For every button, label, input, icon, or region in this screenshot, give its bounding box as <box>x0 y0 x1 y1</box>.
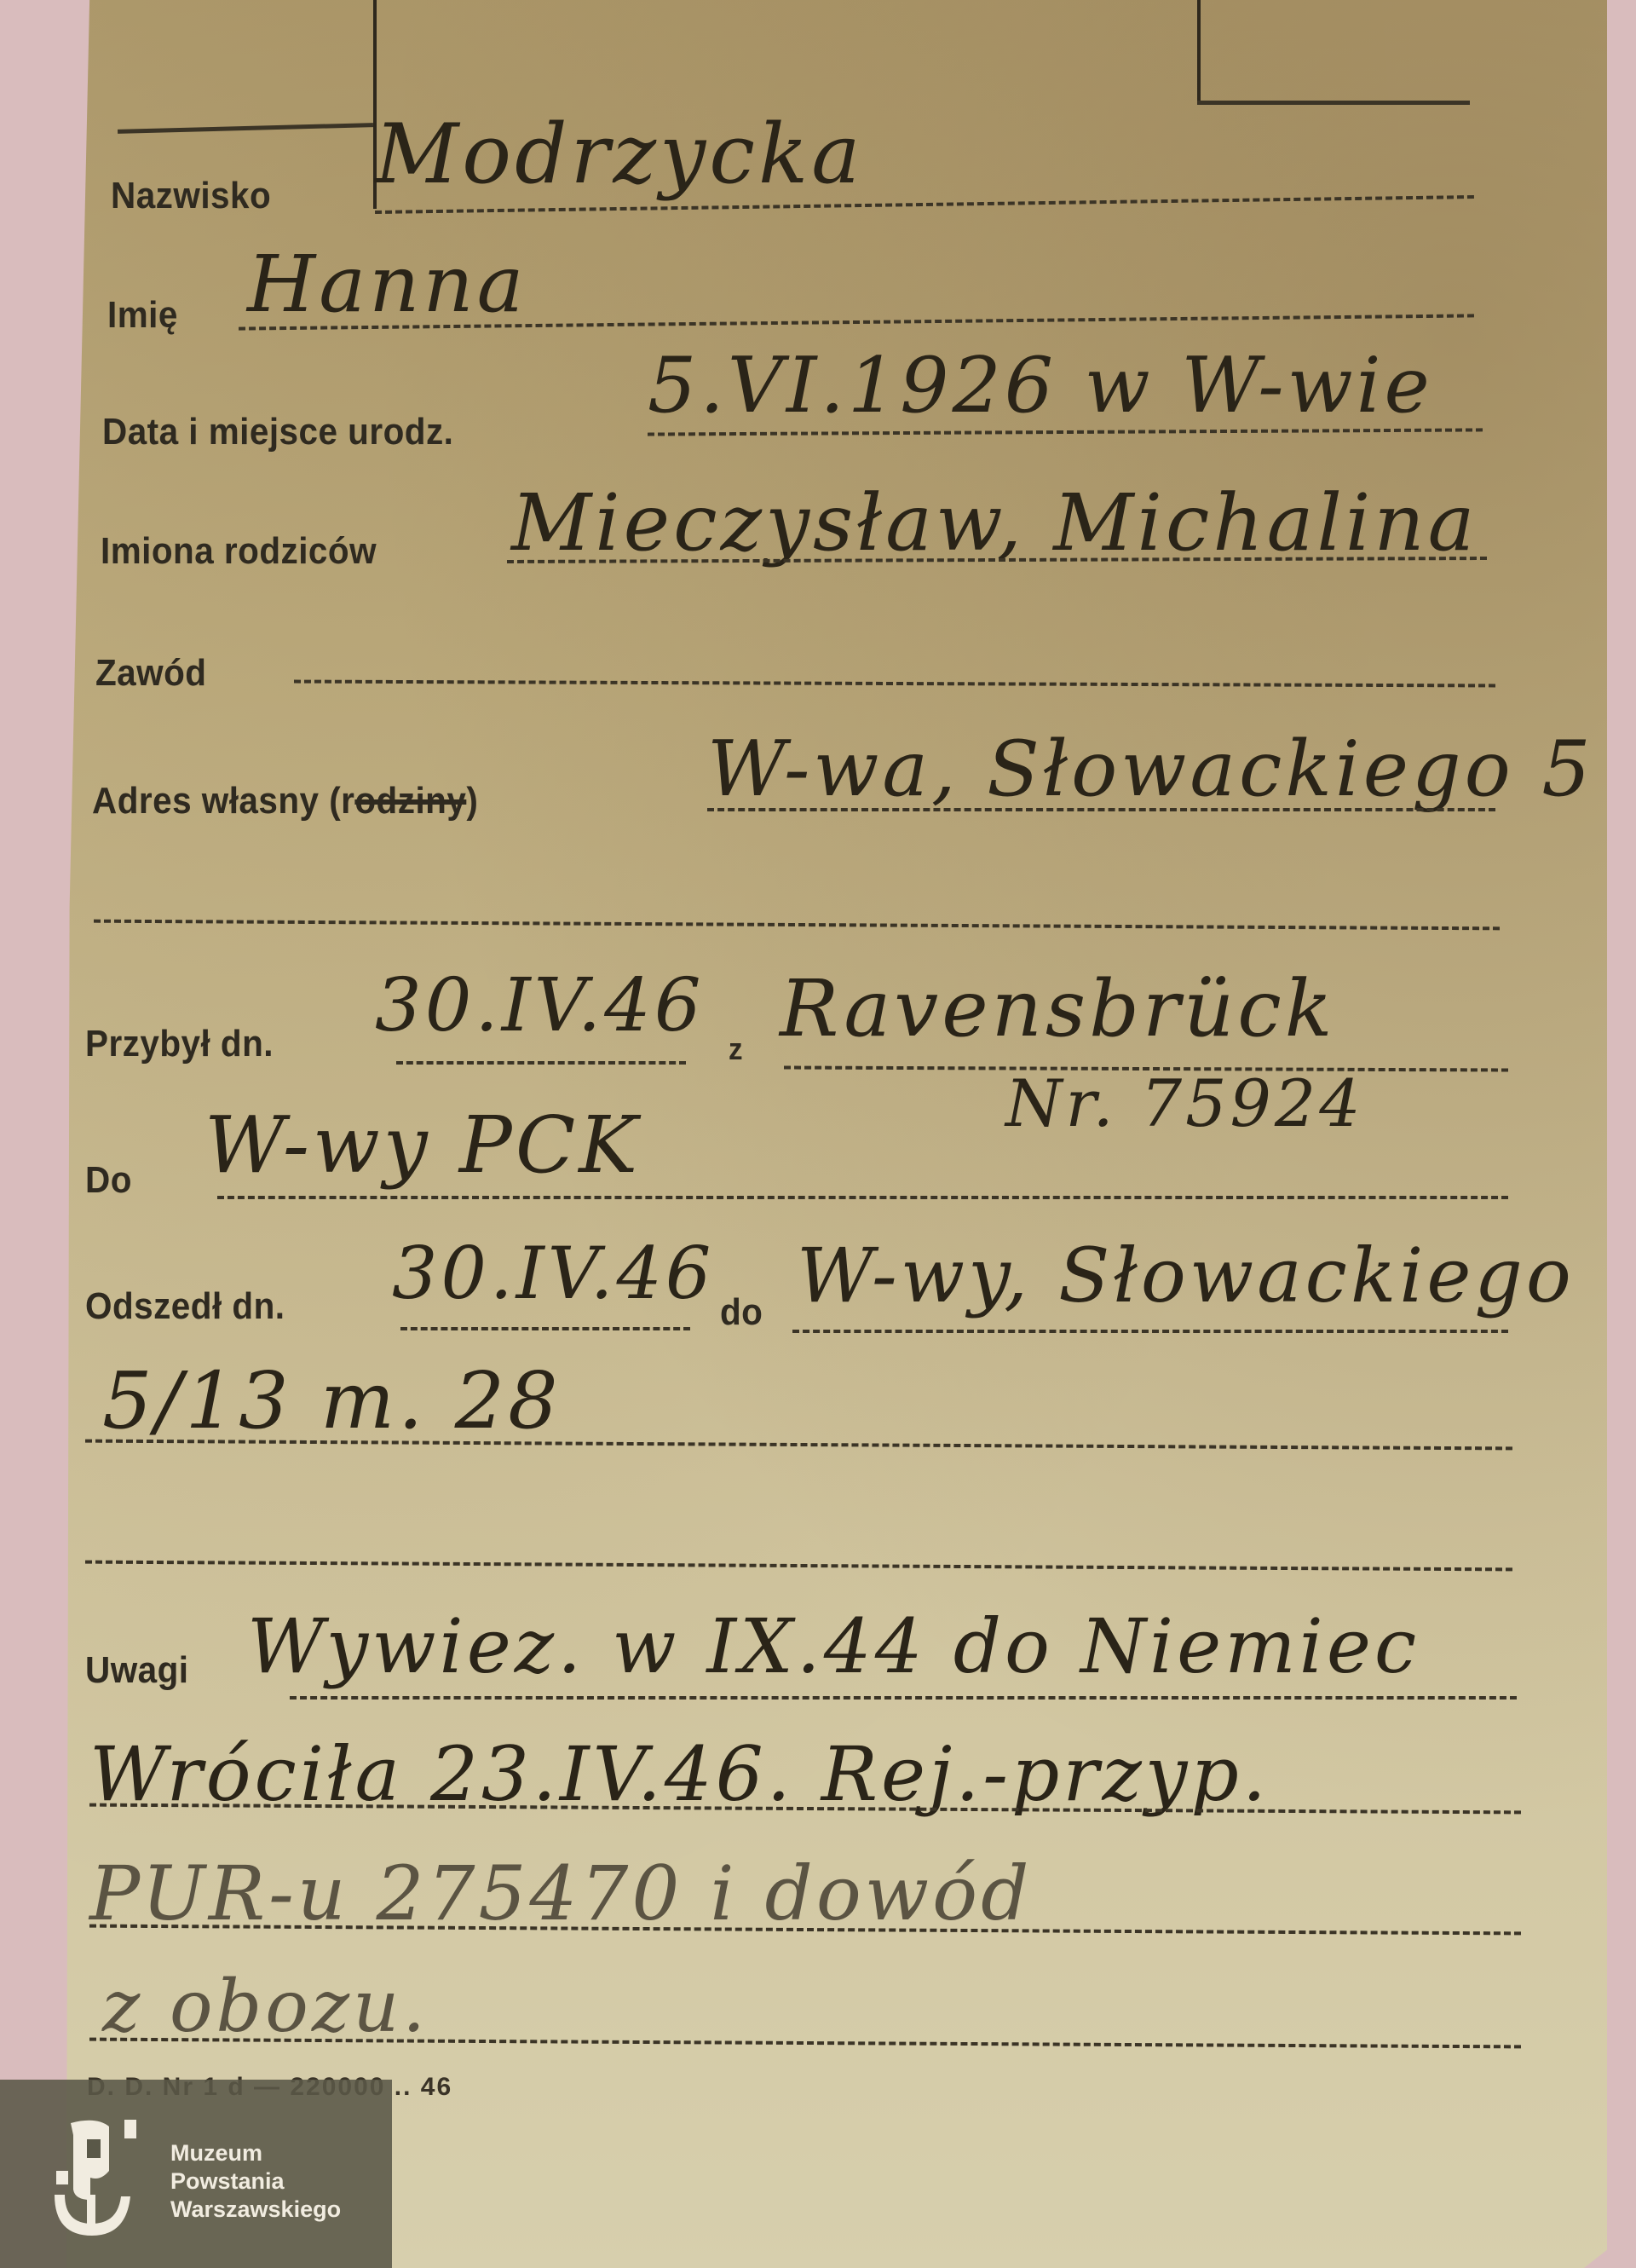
label-remarks: Uwagi <box>85 1649 189 1692</box>
museum-watermark: Muzeum Powstania Warszawskiego <box>0 2080 392 2268</box>
value-to: W-wy PCK <box>204 1099 641 1191</box>
value-birth: 5.VI.1926 w W-wie <box>648 341 1433 430</box>
label-departed: Odszedł dn. <box>85 1285 285 1328</box>
rule-arrived-date <box>396 1061 686 1065</box>
label-address: Adres własny (rodziny) <box>92 780 478 822</box>
rule-departed-to <box>792 1330 1508 1333</box>
top-box-right-border <box>1197 0 1201 102</box>
value-address: W-wa, Słowackiego 5 <box>707 724 1594 814</box>
label-arrived: Przybył dn. <box>85 1023 274 1065</box>
museum-name-line-3: Warszawskiego <box>170 2196 341 2224</box>
label-surname: Nazwisko <box>111 175 271 217</box>
label-first-name: Imię <box>107 294 178 337</box>
museum-name: Muzeum Powstania Warszawskiego <box>170 2139 341 2224</box>
label-occupation: Zawód <box>95 652 206 695</box>
label-arrived-from: z <box>729 1031 743 1067</box>
value-parents: Mieczysław, Michalina <box>511 477 1478 568</box>
label-address-close: ) <box>466 780 478 822</box>
top-box-bottom-rule <box>1197 101 1470 105</box>
value-first-name: Hanna <box>247 239 527 330</box>
value-departed-to-2: 5/13 m. 28 <box>102 1355 562 1446</box>
label-to: Do <box>85 1159 132 1202</box>
museum-name-line-1: Muzeum <box>170 2139 341 2167</box>
label-address-main: Adres własny (r <box>92 780 354 822</box>
rule-departed-date <box>400 1327 690 1330</box>
rule-remarks-1 <box>290 1696 1517 1700</box>
label-birth: Data i miejsce urodz. <box>102 411 453 453</box>
museum-name-line-2: Powstania <box>170 2167 341 2196</box>
rule-to <box>217 1196 1508 1199</box>
value-departed-to: W-wy, Słowackiego <box>797 1232 1575 1319</box>
value-departed-date: 30.IV.46 <box>392 1232 714 1315</box>
rule-address <box>707 808 1495 811</box>
value-arrived-date: 30.IV.46 <box>375 963 705 1048</box>
top-left-rule <box>118 123 373 134</box>
value-prisoner-number: Nr. 75924 <box>1005 1065 1364 1141</box>
kotwica-anchor-icon <box>49 2118 143 2237</box>
value-remarks-line-4: z obozu. <box>102 1965 429 2048</box>
value-arrived-from: Ravensbrück <box>780 963 1336 1054</box>
label-address-struck: odziny <box>354 780 466 822</box>
label-parents: Imiona rodziców <box>101 530 377 573</box>
value-remarks-line-1: Wywiez. w IX.44 do Niemiec <box>247 1602 1420 1690</box>
value-surname: Modrzycka <box>375 107 863 202</box>
label-departed-to: do <box>720 1291 763 1334</box>
